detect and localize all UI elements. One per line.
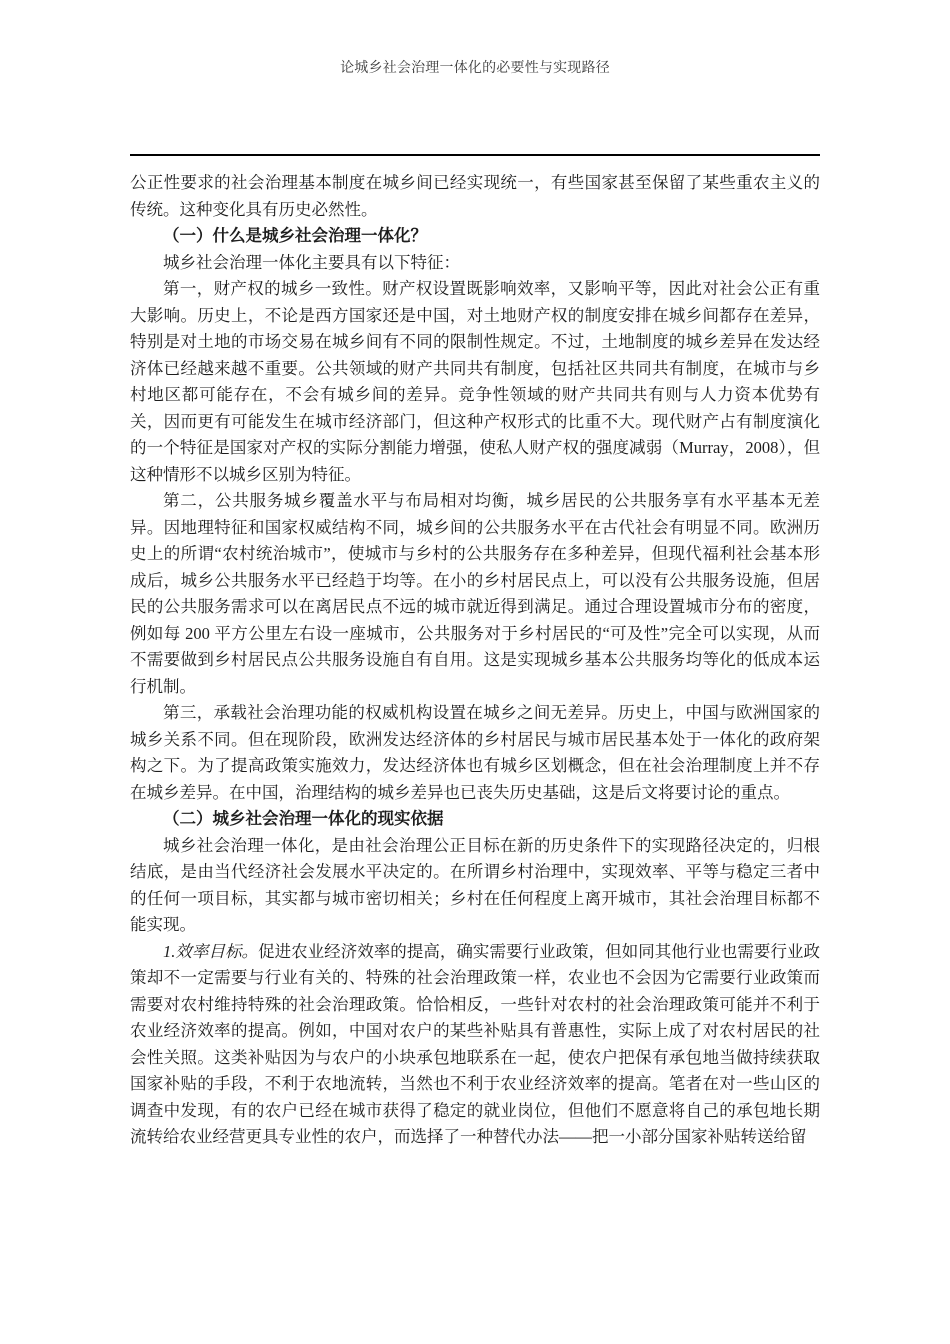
paragraph-first-feature: 第一，财产权的城乡一致性。财产权设置既影响效率，又影响平等，因此对社会公正有重大…: [130, 276, 820, 488]
paragraph-practical-basis-intro: 城乡社会治理一体化，是由社会治理公正目标在新的历史条件下的实现路径决定的，归根结…: [130, 833, 820, 939]
document-body: 公正性要求的社会治理基本制度在城乡间已经实现统一，有些国家甚至保留了某些重农主义…: [130, 170, 820, 1151]
header-divider-line: [130, 154, 820, 156]
paragraph-efficiency-goal: 1.效率目标。促进农业经济效率的提高，确实需要行业政策，但如同其他行业也需要行业…: [130, 939, 820, 1151]
document-page: 论城乡社会治理一体化的必要性与实现路径 公正性要求的社会治理基本制度在城乡间已经…: [0, 0, 950, 1344]
paragraph-efficiency-goal-lead: 1.效率目标。: [163, 942, 258, 961]
paragraph-third-feature: 第三，承载社会治理功能的权威机构设置在城乡之间无差异。历史上，中国与欧洲国家的城…: [130, 700, 820, 806]
paragraph-second-feature: 第二，公共服务城乡覆盖水平与布局相对均衡，城乡居民的公共服务享有水平基本无差异。…: [130, 488, 820, 700]
paragraph-efficiency-goal-text: 促进农业经济效率的提高，确实需要行业政策，但如同其他行业也需要行业政策却不一定需…: [130, 942, 820, 1147]
paragraph-continuation: 公正性要求的社会治理基本制度在城乡间已经实现统一，有些国家甚至保留了某些重农主义…: [130, 170, 820, 223]
section-heading-practical-basis: （二）城乡社会治理一体化的现实依据: [130, 806, 820, 833]
header-title: 论城乡社会治理一体化的必要性与实现路径: [340, 61, 610, 76]
page-header: 论城乡社会治理一体化的必要性与实现路径: [0, 59, 950, 79]
paragraph-features-intro: 城乡社会治理一体化主要具有以下特征：: [130, 250, 820, 277]
section-heading-what-is-integration: （一）什么是城乡社会治理一体化？: [130, 223, 820, 250]
